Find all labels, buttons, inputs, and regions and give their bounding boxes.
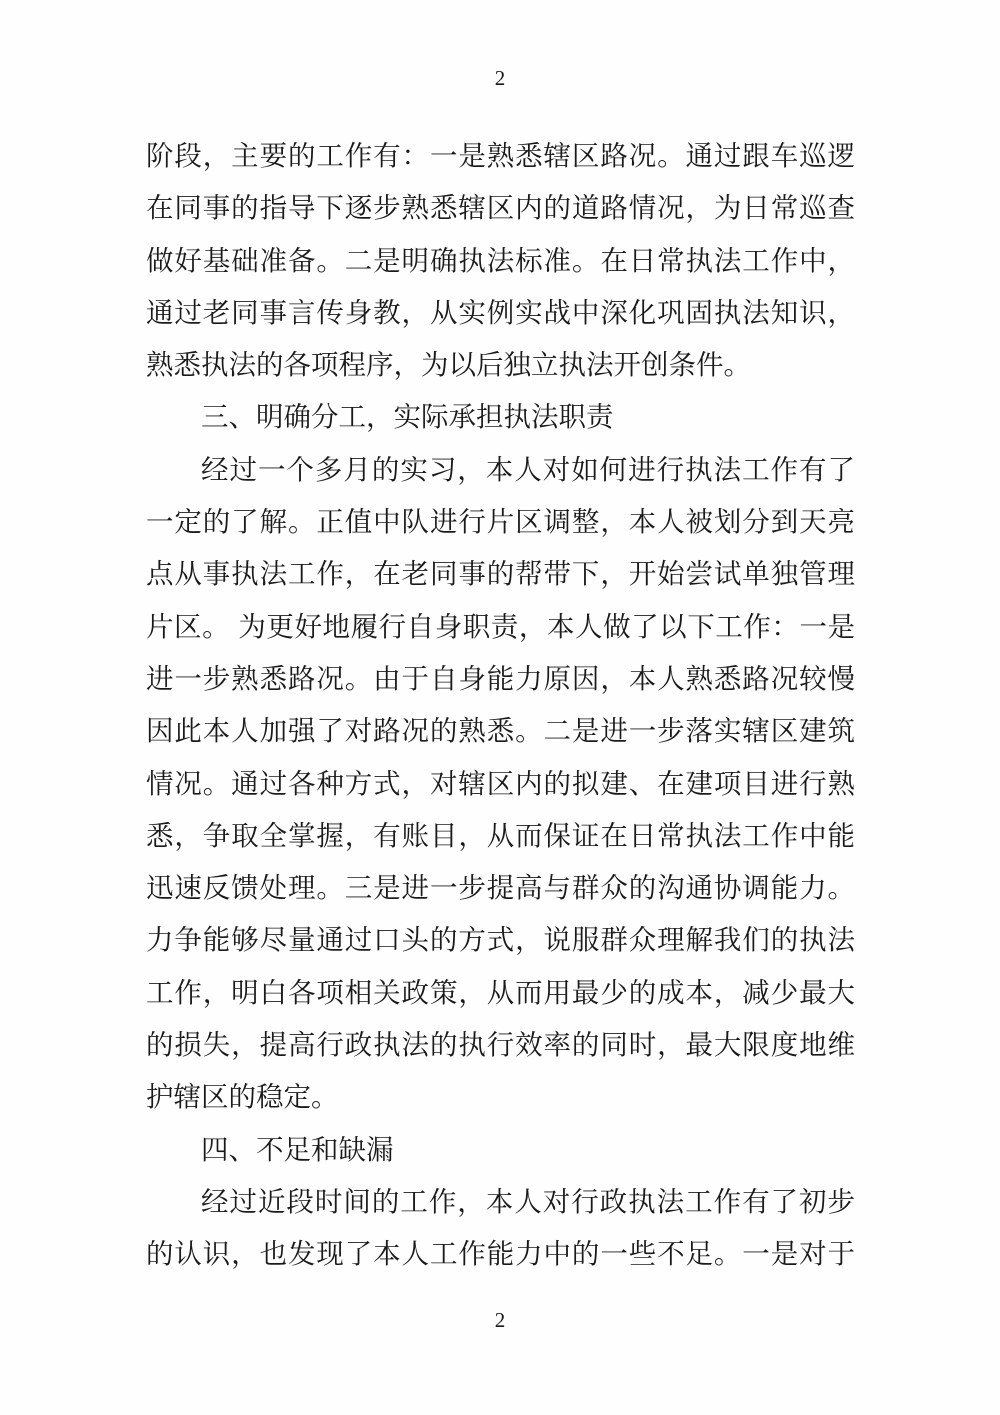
text-line: 阶段，主要的工作有：一是熟悉辖区路况。通过跟车巡逻 [146,130,855,182]
text-line: 进一步熟悉路况。由于自身能力原因，本人熟悉路况较慢 [146,653,855,705]
text-line: 经过一个多月的实习，本人对如何进行执法工作有了 [146,444,855,496]
text-line: 熟悉执法的各项程序，为以后独立执法开创条件。 [146,339,855,391]
text-line: 悉，争取全掌握，有账目，从而保证在日常执法工作中能 [146,810,855,862]
text-line: 迅速反馈处理。三是进一步提高与群众的沟通协调能力。 [146,862,855,914]
page-number-footer: 2 [0,1308,1000,1333]
text-line: 一定的了解。正值中队进行片区调整，本人被划分到天亮 [146,496,855,548]
text-line: 在同事的指导下逐步熟悉辖区内的道路情况，为日常巡查 [146,182,855,234]
document-body: 阶段，主要的工作有：一是熟悉辖区路况。通过跟车巡逻 在同事的指导下逐步熟悉辖区内… [146,130,855,1281]
section-heading-3: 三、明确分工，实际承担执法职责 [146,391,855,443]
text-line: 经过近段时间的工作，本人对行政执法工作有了初步 [146,1176,855,1228]
text-line: 护辖区的稳定。 [146,1071,855,1123]
section-heading-4: 四、不足和缺漏 [146,1124,855,1176]
text-line: 工作，明白各项相关政策，从而用最少的成本，减少最大 [146,967,855,1019]
text-line: 片区。 为更好地履行自身职责，本人做了以下工作：一是 [146,601,855,653]
page-number-header: 2 [0,66,1000,91]
text-line: 点从事执法工作，在老同事的帮带下，开始尝试单独管理 [146,548,855,600]
text-line: 的损失，提高行政执法的执行效率的同时，最大限度地维 [146,1019,855,1071]
text-line: 力争能够尽量通过口头的方式，说服群众理解我们的执法 [146,914,855,966]
text-line: 因此本人加强了对路况的熟悉。二是进一步落实辖区建筑 [146,705,855,757]
text-line: 情况。通过各种方式，对辖区内的拟建、在建项目进行熟 [146,758,855,810]
text-line: 通过老同事言传身教，从实例实战中深化巩固执法知识， [146,287,855,339]
document-page: 2 阶段，主要的工作有：一是熟悉辖区路况。通过跟车巡逻 在同事的指导下逐步熟悉辖… [0,0,1000,1415]
text-line: 的认识，也发现了本人工作能力中的一些不足。一是对于 [146,1228,855,1280]
text-line: 做好基础准备。二是明确执法标准。在日常执法工作中， [146,235,855,287]
